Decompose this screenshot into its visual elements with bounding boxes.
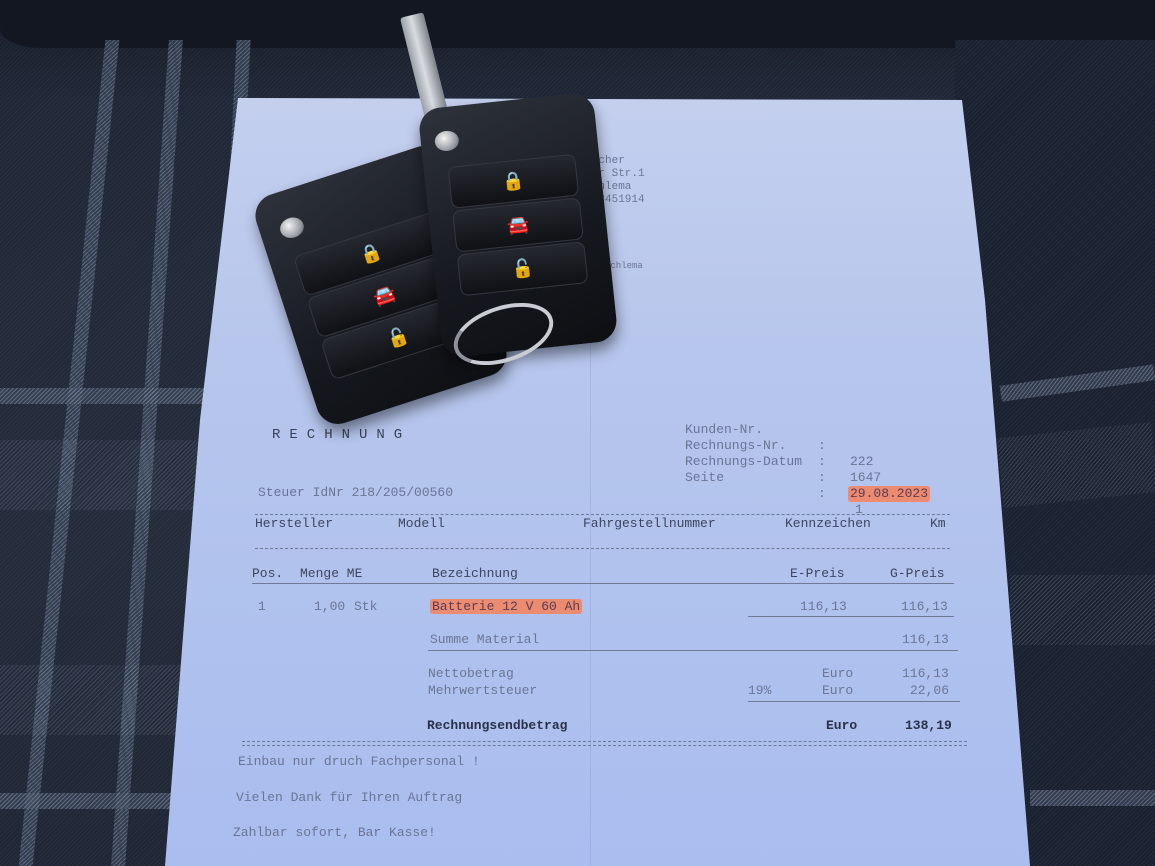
footer-note-payment: Zahlbar sofort, Bar Kasse! <box>233 825 436 841</box>
vehicle-col-plate: Kennzeichen <box>785 516 871 532</box>
tax-id: Steuer IdNr 218/205/00560 <box>258 485 453 501</box>
meta-row-invoice-number: Rechnungs-Nr. : 1647 <box>685 422 716 438</box>
fold-release-button <box>277 214 306 240</box>
meta-row-invoice-date: Rechnungs-Datum : 29.08.2023 <box>685 438 716 454</box>
item-description: Batterie 12 V 60 Ah <box>430 599 582 615</box>
vat-value: 22,06 <box>910 683 949 699</box>
divider <box>748 701 960 702</box>
fold-release-button <box>434 130 460 152</box>
item-pos: 1 <box>258 599 266 615</box>
car-trunk-icon: 🚘 <box>506 213 530 236</box>
net-label: Nettobetrag <box>428 666 514 682</box>
unlock-icon: 🔓 <box>510 257 534 280</box>
unlock-icon: 🔓 <box>384 324 412 351</box>
divider <box>748 616 954 617</box>
item-unit: Stk <box>354 599 377 615</box>
meta-row-customer: Kunden-Nr. : 222 <box>685 406 716 422</box>
subtotal-value: 116,13 <box>902 632 949 648</box>
net-currency: Euro <box>822 666 853 682</box>
divider <box>255 514 950 515</box>
item-unit-price: 116,13 <box>800 599 847 615</box>
double-divider <box>242 741 967 746</box>
fabric-band <box>1010 575 1155 645</box>
divider <box>255 548 950 549</box>
document-title: RECHNUNG <box>272 427 411 443</box>
lock-icon: 🔒 <box>357 240 385 267</box>
total-value: 138,19 <box>905 718 952 734</box>
highlighted-date: 29.08.2023 <box>848 486 930 502</box>
vehicle-col-manufacturer: Hersteller <box>255 516 333 532</box>
fabric-stripe <box>0 388 220 404</box>
items-col-description: Bezeichnung <box>432 566 518 582</box>
vat-rate: 19% <box>748 683 771 699</box>
item-qty: 1,00 <box>314 599 345 615</box>
footer-note-thanks: Vielen Dank für Ihren Auftrag <box>236 790 462 806</box>
items-col-pos: Pos. <box>252 566 283 582</box>
highlighted-item: Batterie 12 V 60 Ah <box>430 599 582 614</box>
vehicle-col-vin: Fahrgestellnummer <box>583 516 716 532</box>
net-value: 116,13 <box>902 666 949 682</box>
divider <box>428 650 958 651</box>
total-currency: Euro <box>826 718 857 734</box>
item-total-price: 116,13 <box>901 599 948 615</box>
lock-icon: 🔒 <box>501 170 525 193</box>
invoice-meta: Kunden-Nr. : 222 Rechnungs-Nr. : 1647 Re… <box>685 406 716 470</box>
subtotal-label: Summe Material <box>430 632 539 648</box>
items-col-qty: Menge ME <box>300 566 362 582</box>
fabric-stripe <box>1030 790 1155 806</box>
fabric-band <box>0 440 215 510</box>
car-trunk-icon: 🚘 <box>370 282 398 309</box>
meta-row-page: Seite : 1 <box>685 454 716 470</box>
vat-label: Mehrwertsteuer <box>428 683 537 699</box>
divider <box>252 583 954 584</box>
footer-note-installation: Einbau nur druch Fachpersonal ! <box>238 754 480 770</box>
items-col-total-price: G-Preis <box>890 566 945 582</box>
total-label: Rechnungsendbetrag <box>427 718 567 734</box>
vehicle-col-km: Km <box>930 516 946 532</box>
vehicle-col-model: Modell <box>398 516 445 532</box>
items-col-unit-price: E-Preis <box>790 566 845 582</box>
vat-currency: Euro <box>822 683 853 699</box>
